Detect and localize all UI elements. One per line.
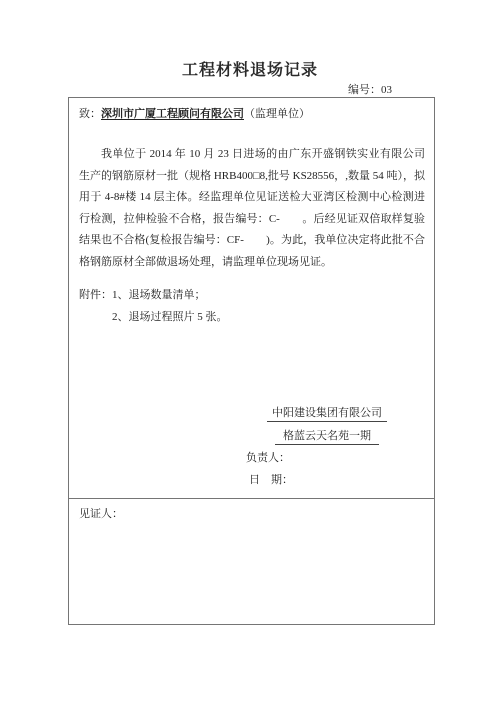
witness-label: 见证人： <box>79 505 123 521</box>
main-cell: 致：深圳市广厦工程顾问有限公司（监理单位） 我单位于 2014 年 10 月 2… <box>69 98 434 499</box>
witness-cell: 见证人： <box>69 499 434 625</box>
record-form-table: 致：深圳市广厦工程顾问有限公司（监理单位） 我单位于 2014 年 10 月 2… <box>68 97 435 625</box>
recipient-company-name: 深圳市广厦工程顾问有限公司 <box>101 108 244 120</box>
signature-company-name: 中阳建设集团有限公司 <box>267 404 387 422</box>
recipient-suffix: （监理单位） <box>244 108 310 120</box>
page-title: 工程材料退场记录 <box>0 57 500 80</box>
attachment-line-2: 2、退场过程照片 5 张。 <box>112 308 228 324</box>
document-page: 工程材料退场记录 编号：03 致：深圳市广厦工程顾问有限公司（监理单位） 我单位… <box>0 0 500 708</box>
date-label: 日 期： <box>249 471 293 487</box>
responsible-person-label: 负责人： <box>246 449 290 465</box>
attachment-line-1: 附件：1、退场数量清单； <box>79 286 206 302</box>
signature-project-name: 格蓝云天名苑一期 <box>275 427 379 445</box>
body-paragraph: 我单位于 2014 年 10 月 23 日进场的由广东开盛钢铁实业有限公司生产的… <box>79 144 425 273</box>
recipient-line: 致：深圳市广厦工程顾问有限公司（监理单位） <box>79 105 310 121</box>
document-number: 编号：03 <box>348 81 392 97</box>
recipient-prefix: 致： <box>79 108 101 120</box>
